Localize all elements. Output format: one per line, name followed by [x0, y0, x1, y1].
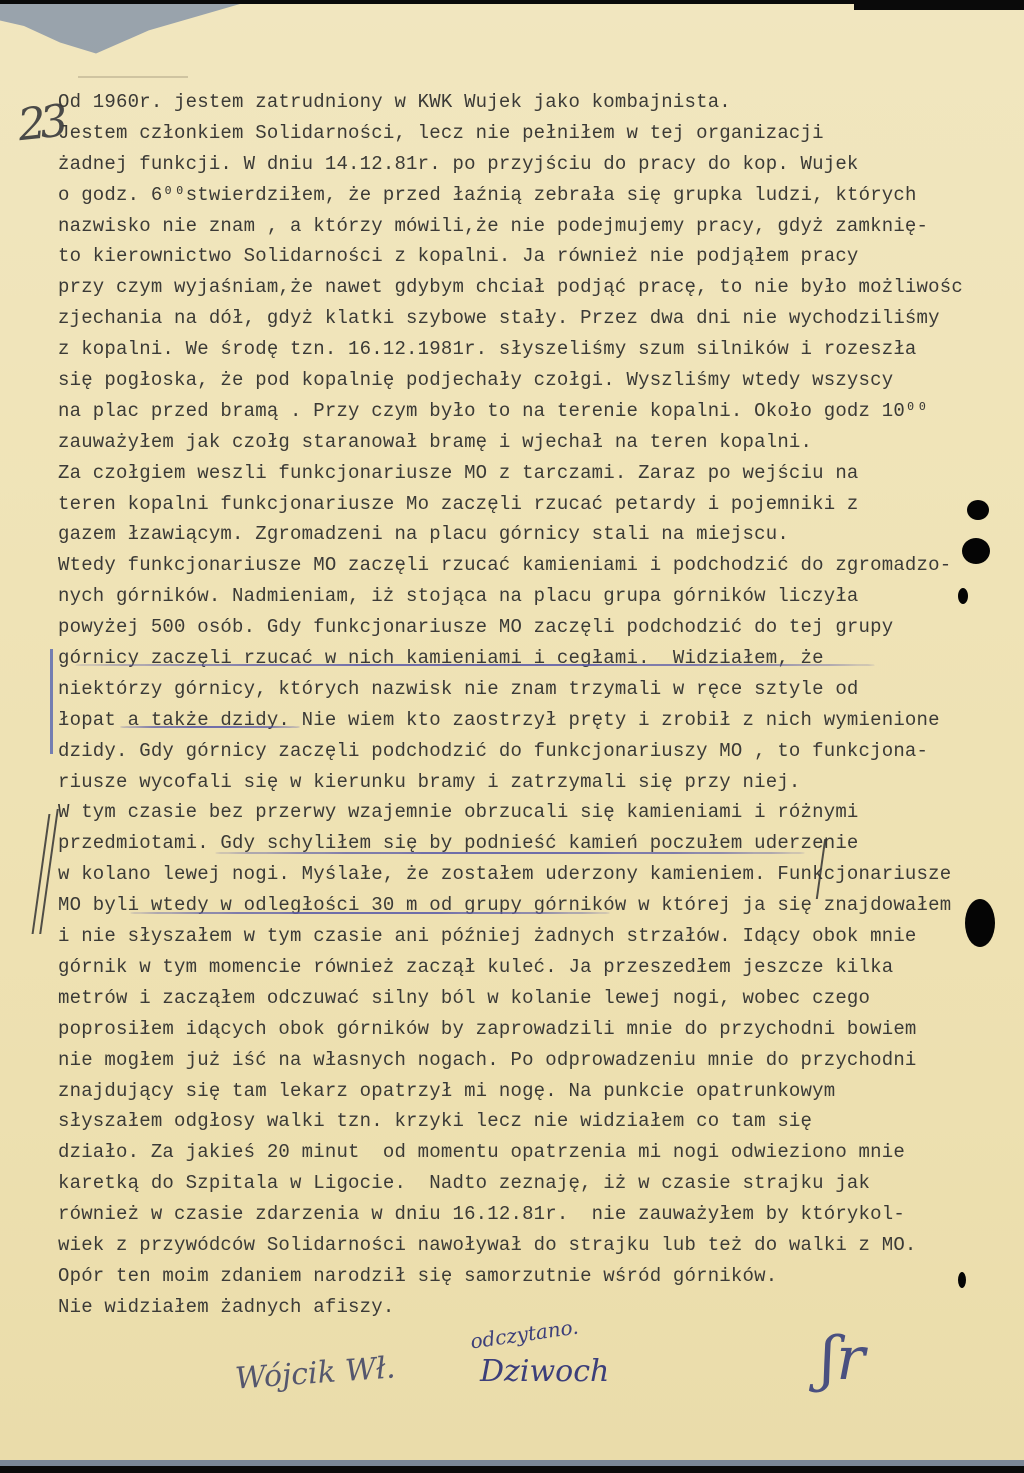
text-line: się pogłoska, że pod kopalnię podjechały…: [58, 365, 1018, 396]
text-line: riusze wycofali się w kierunku bramy i z…: [58, 767, 1018, 798]
punch-hole: [958, 588, 968, 604]
text-line: niektórzy górnicy, których nazwisk nie z…: [58, 674, 1018, 705]
pen-underline: [75, 664, 875, 666]
text-line: zauważyłem jak czołg staranował bramę i …: [58, 427, 1018, 458]
text-line: i nie słyszałem w tym czasie ani później…: [58, 921, 1018, 952]
text-line: teren kopalni funkcjonariusze Mo zaczęli…: [58, 489, 1018, 520]
text-line: nazwisko nie znam , a którzy mówili,że n…: [58, 211, 1018, 242]
text-line: Opór ten moim zdaniem narodził się samor…: [58, 1261, 1018, 1292]
document-page: 23 Od 1960r. jestem zatrudniony w KWK Wu…: [0, 4, 1024, 1466]
text-line: górnik w tym momencie również zaczął kul…: [58, 952, 1018, 983]
scan-background-edge: [854, 4, 1024, 10]
punch-hole: [962, 538, 990, 564]
pen-underline: [120, 726, 300, 728]
text-line: W tym czasie bez przerwy wzajemnie obrzu…: [58, 797, 1018, 828]
text-line: działo. Za jakieś 20 minut od momentu op…: [58, 1137, 1018, 1168]
text-line: nych górników. Nadmieniam, iż stojąca na…: [58, 581, 1018, 612]
text-line: przy czym wyjaśniam,że nawet gdybym chci…: [58, 272, 1018, 303]
text-line: na plac przed bramą . Przy czym było to …: [58, 396, 1018, 427]
torn-paper-corner: [0, 4, 240, 59]
text-line: dzidy. Gdy górnicy zaczęli podchodzić do…: [58, 736, 1018, 767]
text-line: Wtedy funkcjonariusze MO zaczęli rzucać …: [58, 550, 1018, 581]
text-line: MO byli wtedy w odległości 30 m od grupy…: [58, 890, 1018, 921]
text-line: powyżej 500 osób. Gdy funkcjonariusze MO…: [58, 612, 1018, 643]
signature-middle: Dziwoch: [480, 1354, 609, 1389]
text-line: znajdujący się tam lekarz opatrzył mi no…: [58, 1076, 1018, 1107]
text-line: Jestem członkiem Solidarności, lecz nie …: [58, 118, 1018, 149]
faded-header-mark: [78, 76, 188, 78]
text-line: z kopalni. We środę tzn. 16.12.1981r. sł…: [58, 334, 1018, 365]
text-line: górnicy zaczęli rzucać w nich kamieniami…: [58, 643, 1018, 674]
text-line: poprosiłem idących obok górników by zapr…: [58, 1014, 1018, 1045]
text-line: o godz. 6⁰⁰stwierdziłem, że przed łaźnią…: [58, 180, 1018, 211]
text-line: również w czasie zdarzenia w dniu 16.12.…: [58, 1199, 1018, 1230]
torn-paper-bottom-edge: [0, 1460, 1024, 1466]
punch-hole: [967, 500, 989, 520]
text-line: wiek z przywódców Solidarności nawoływał…: [58, 1230, 1018, 1261]
text-line: karetką do Szpitala w Ligocie. Nadto zez…: [58, 1168, 1018, 1199]
pen-underline: [130, 912, 610, 914]
margin-bracket-mark: [50, 649, 53, 754]
text-line: łopat a także dzidy. Nie wiem kto zaostr…: [58, 705, 1018, 736]
typewritten-body: Od 1960r. jestem zatrudniony w KWK Wujek…: [58, 87, 1018, 1323]
text-line: żadnej funkcji. W dniu 14.12.81r. po prz…: [58, 149, 1018, 180]
punch-hole: [965, 899, 995, 947]
pen-underline: [215, 852, 805, 854]
text-line: Od 1960r. jestem zatrudniony w KWK Wujek…: [58, 87, 1018, 118]
signature-right: ʃr: [820, 1324, 865, 1394]
text-line: w kolano lewej nogi. Myślałe, że zostałe…: [58, 859, 1018, 890]
punch-hole: [958, 1272, 966, 1288]
text-line: metrów i zacząłem odczuwać silny ból w k…: [58, 983, 1018, 1014]
signature-left: Wójcik Wł.: [234, 1350, 396, 1396]
text-line: to kierownictwo Solidarności z kopalni. …: [58, 241, 1018, 272]
text-line: słyszałem odgłosy walki tzn. krzyki lecz…: [58, 1106, 1018, 1137]
text-line: przedmiotami. Gdy schyliłem się by podni…: [58, 828, 1018, 859]
text-line: Nie widziałem żadnych afiszy.: [58, 1292, 1018, 1323]
text-line: gazem łzawiącym. Zgromadzeni na placu gó…: [58, 519, 1018, 550]
text-line: Za czołgiem weszli funkcjonariusze MO z …: [58, 458, 1018, 489]
text-line: nie mogłem już iść na własnych nogach. P…: [58, 1045, 1018, 1076]
text-line: zjechania na dół, gdyż klatki szybowe st…: [58, 303, 1018, 334]
